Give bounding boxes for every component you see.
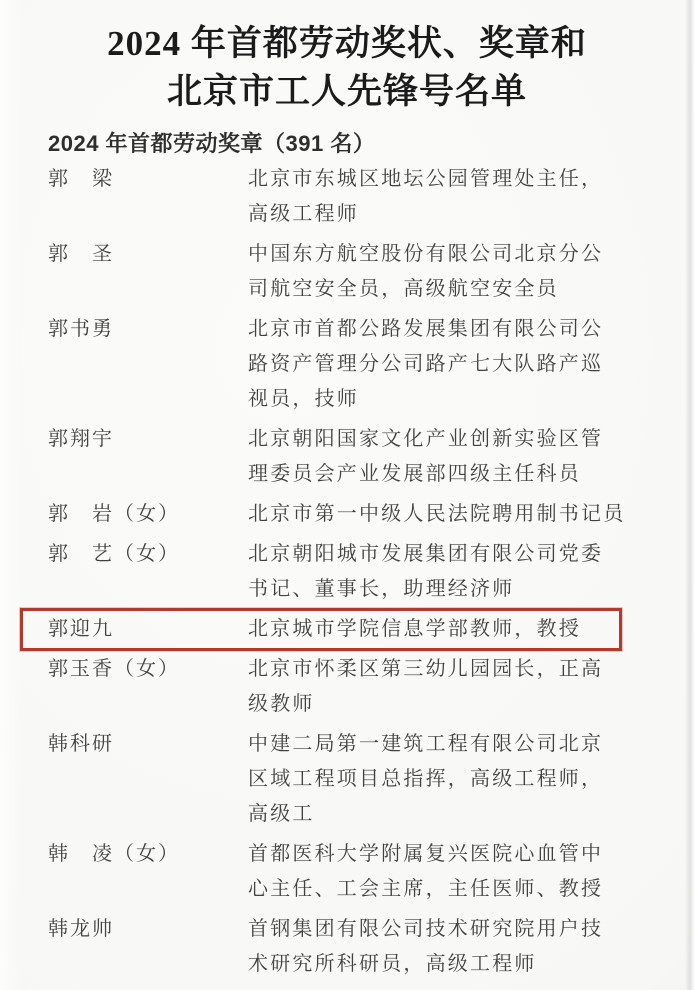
award-entry: 郭 梁北京市东城区地坛公园管理处主任，高级工程师	[0, 162, 694, 232]
recipient-description: 北京朝阳城市发展集团有限公司党委书记、董事长，助理经济师	[248, 537, 603, 607]
recipient-description-line: 北京市首都公路发展集团有限公司公	[248, 312, 603, 347]
recipient-description-line: 中国东方航空股份有限公司北京分公	[248, 237, 603, 272]
recipient-name: 郭 圣	[48, 237, 248, 272]
document-page: { "doc": { "title_lines": [ "2024 年首都劳动奖…	[0, 0, 694, 990]
recipient-description-line: 术研究所科研员，高级工程师	[248, 947, 603, 982]
section-header: 2024 年首都劳动奖章（391 名）	[48, 130, 694, 158]
recipient-description-line: 区域工程项目总指挥，高级工程师，	[248, 762, 603, 797]
recipient-description-line: 心主任、工会主席，主任医师、教授	[248, 872, 603, 907]
recipient-description-line: 路资产管理分公司路产七大队路产巡	[248, 347, 603, 382]
recipient-name: 韩 凌（女）	[48, 837, 248, 872]
recipient-name: 郭书勇	[48, 312, 248, 347]
recipient-description: 中国东方航空股份有限公司北京分公司航空安全员，高级航空安全员	[248, 237, 603, 307]
recipient-name: 郭 艺（女）	[48, 537, 248, 572]
recipient-description-line: 理委员会产业发展部四级主任科员	[248, 457, 603, 492]
recipient-description: 北京市首都公路发展集团有限公司公路资产管理分公司路产七大队路产巡视员，技师	[248, 312, 603, 417]
recipient-description: 北京市怀柔区第三幼儿园园长，正高级教师	[248, 652, 603, 722]
award-entry: 郭 岩（女）北京市第一中级人民法院聘用制书记员	[0, 497, 694, 532]
award-entry-highlighted: 郭迎九北京城市学院信息学部教师，教授	[0, 612, 694, 647]
recipient-description-line: 书记、董事长，助理经济师	[248, 572, 603, 607]
award-list: 郭 梁北京市东城区地坛公园管理处主任，高级工程师郭 圣中国东方航空股份有限公司北…	[0, 162, 694, 982]
document-title-line-2: 北京市工人先锋号名单	[12, 68, 682, 116]
recipient-name: 韩科研	[48, 727, 248, 762]
recipient-description-line: 北京朝阳城市发展集团有限公司党委	[248, 537, 603, 572]
recipient-name: 郭 岩（女）	[48, 497, 248, 532]
award-entry: 韩龙帅首钢集团有限公司技术研究院用户技术研究所科研员，高级工程师	[0, 912, 694, 982]
recipient-description: 北京城市学院信息学部教师，教授	[248, 612, 581, 647]
recipient-description-line: 中建二局第一建筑工程有限公司北京	[248, 727, 603, 762]
award-entry: 郭玉香（女）北京市怀柔区第三幼儿园园长，正高级教师	[0, 652, 694, 722]
recipient-description-line: 首钢集团有限公司技术研究院用户技	[248, 912, 603, 947]
recipient-description-line: 北京市第一中级人民法院聘用制书记员	[248, 497, 625, 532]
recipient-description-line: 首都医科大学附属复兴医院心血管中	[248, 837, 603, 872]
recipient-description: 北京朝阳国家文化产业创新实验区管理委员会产业发展部四级主任科员	[248, 422, 603, 492]
document-title-line-1: 2024 年首都劳动奖状、奖章和	[12, 20, 682, 68]
recipient-description-line: 司航空安全员，高级航空安全员	[248, 272, 603, 307]
recipient-description-line: 视员，技师	[248, 382, 603, 417]
recipient-description-line: 北京朝阳国家文化产业创新实验区管	[248, 422, 603, 457]
recipient-description: 首钢集团有限公司技术研究院用户技术研究所科研员，高级工程师	[248, 912, 603, 982]
award-entry: 郭翔宇北京朝阳国家文化产业创新实验区管理委员会产业发展部四级主任科员	[0, 422, 694, 492]
award-entry: 郭书勇北京市首都公路发展集团有限公司公路资产管理分公司路产七大队路产巡视员，技师	[0, 312, 694, 417]
recipient-description: 首都医科大学附属复兴医院心血管中心主任、工会主席，主任医师、教授	[248, 837, 603, 907]
award-entry: 郭 圣中国东方航空股份有限公司北京分公司航空安全员，高级航空安全员	[0, 237, 694, 307]
recipient-description-line: 北京城市学院信息学部教师，教授	[248, 612, 581, 647]
award-entry: 韩科研中建二局第一建筑工程有限公司北京区域工程项目总指挥，高级工程师，高级工	[0, 727, 694, 832]
recipient-description: 中建二局第一建筑工程有限公司北京区域工程项目总指挥，高级工程师，高级工	[248, 727, 603, 832]
award-entry: 郭 艺（女）北京朝阳城市发展集团有限公司党委书记、董事长，助理经济师	[0, 537, 694, 607]
recipient-name: 郭迎九	[48, 612, 248, 647]
recipient-description-line: 北京市怀柔区第三幼儿园园长，正高	[248, 652, 603, 687]
document-title: 2024 年首都劳动奖状、奖章和 北京市工人先锋号名单	[12, 20, 682, 116]
recipient-name: 郭玉香（女）	[48, 652, 248, 687]
recipient-description-line: 高级工程师	[248, 197, 603, 232]
recipient-description: 北京市东城区地坛公园管理处主任，高级工程师	[248, 162, 603, 232]
recipient-description-line: 高级工	[248, 797, 603, 832]
recipient-description-line: 北京市东城区地坛公园管理处主任，	[248, 162, 603, 197]
recipient-name: 韩龙帅	[48, 912, 248, 947]
recipient-name: 郭 梁	[48, 162, 248, 197]
award-entry: 韩 凌（女）首都医科大学附属复兴医院心血管中心主任、工会主席，主任医师、教授	[0, 837, 694, 907]
recipient-name: 郭翔宇	[48, 422, 248, 457]
recipient-description-line: 级教师	[248, 687, 603, 722]
recipient-description: 北京市第一中级人民法院聘用制书记员	[248, 497, 625, 532]
